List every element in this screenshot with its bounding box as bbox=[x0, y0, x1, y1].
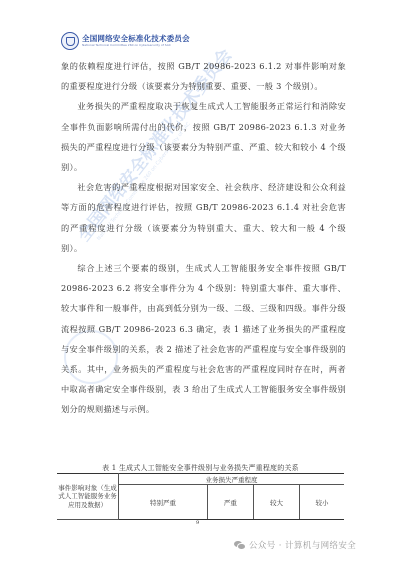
table-cell: 较大 bbox=[253, 485, 299, 520]
paragraph: 象的依赖程度进行评估，按照 GB/T 20986-2023 6.1.2 对事件影… bbox=[61, 56, 346, 96]
body-text: 象的依赖程度进行评估，按照 GB/T 20986-2023 6.1.2 对事件影… bbox=[61, 56, 346, 420]
event-level-table: 事件影响对象（生成式人工智能服务业务应用及数据） 业务损失严重程度 特别严重 严… bbox=[57, 473, 344, 520]
wechat-account-label: 公众号 · 计算机与网络安全 bbox=[249, 539, 356, 551]
paragraph: 社会危害的严重程度根据对国家安全、社会秩序、经济建设和公众利益等方面的危害程度进… bbox=[61, 177, 346, 258]
page-header: 全国网络安全标准化技术委员会 National Technical Commit… bbox=[61, 32, 190, 50]
paragraph: 综合上述三个要素的级别，生成式人工智能服务安全事件按照 GB/T 20986-2… bbox=[61, 258, 346, 420]
table-header-row: 事件影响对象（生成式人工智能服务业务应用及数据） 业务损失严重程度 bbox=[57, 474, 344, 485]
tc260-seal-icon bbox=[61, 32, 79, 50]
wechat-account-watermark: 公众号 · 计算机与网络安全 bbox=[234, 539, 356, 551]
paragraph: 业务损失的严重程度取决于恢复生成式人工智能服务正常运行和消除安全事件负面影响所需… bbox=[61, 96, 346, 177]
table-cell: 较小 bbox=[300, 485, 344, 520]
document-page: 全国网络安全标准化技术委员会 National Technical Commit… bbox=[0, 0, 400, 565]
org-name-cn: 全国网络安全标准化技术委员会 bbox=[82, 35, 190, 43]
group-header-cell: 业务损失严重程度 bbox=[119, 474, 345, 485]
wechat-icon bbox=[234, 541, 246, 550]
row-header-cell: 事件影响对象（生成式人工智能服务业务应用及数据） bbox=[57, 474, 119, 520]
org-name-en: National Technical Committee 260 on Cybe… bbox=[82, 44, 190, 47]
table-cell: 严重 bbox=[207, 485, 253, 520]
table-cell: 特别严重 bbox=[119, 485, 208, 520]
org-name: 全国网络安全标准化技术委员会 National Technical Commit… bbox=[82, 35, 190, 47]
page-number: 9 bbox=[196, 520, 199, 526]
table-caption: 表 1 生成式人工智能安全事件级别与业务损失严重程度的关系 bbox=[57, 463, 344, 473]
